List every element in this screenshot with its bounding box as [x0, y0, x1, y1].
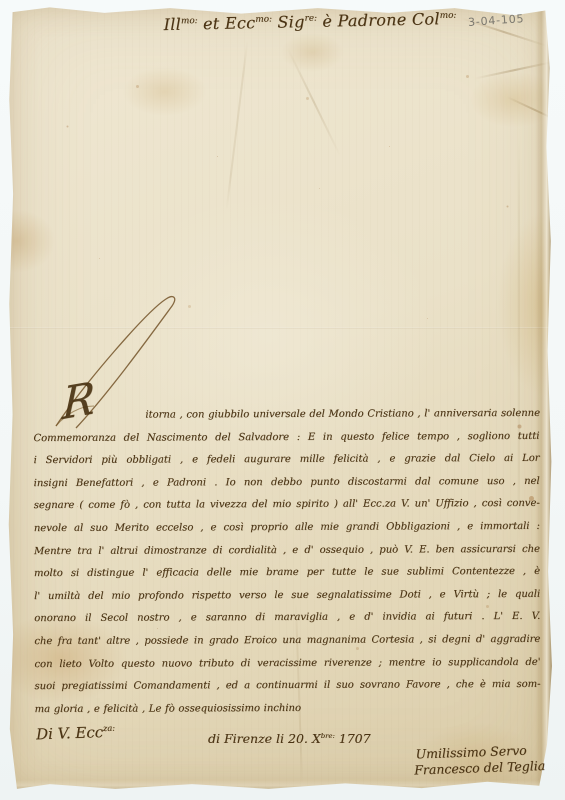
curled-bottom-edge [6, 780, 553, 792]
manuscript-line: che fra tant' altre , possiede in grado … [34, 629, 540, 654]
manuscript-line: onorano il Secol nostro , e saranno di m… [34, 606, 540, 631]
letter-body: itorna , con giubbilo universale del Mon… [33, 403, 540, 722]
manuscript-line: molto si distingue l' efficacia delle mi… [34, 561, 540, 586]
salutation-part: è Padrone Colmo: [317, 9, 457, 31]
manuscript-line: nevole al suo Merito eccelso , e così pr… [34, 516, 540, 541]
salutation-part: Sigre: [272, 12, 317, 32]
dateline: di Firenze li 20. Xbre: 1707 [208, 731, 371, 746]
manuscript-line: con lieto Volto questo nuovo tributo di … [34, 651, 540, 676]
manuscript-line: Mentre tra l' altrui dimostranze di cord… [34, 538, 540, 563]
manuscript-line: Commemoranza del Nascimento del Salvador… [33, 425, 539, 450]
salutation-part: Illmo: [163, 14, 197, 34]
manuscript-line: itorna , con giubbilo universale del Mon… [33, 403, 539, 428]
valediction: Di V. Eccza: [36, 723, 116, 744]
manuscript-line: insigni Benefattori , e Padroni . Io non… [34, 471, 540, 496]
scanned-letter-page: 3-04-105 Illmo: et Eccmo: Sigre: è Padro… [0, 0, 565, 800]
manuscript-line: suoi pregiatissimi Comandamenti , ed a c… [34, 674, 540, 699]
manuscript-line: ma gloria , e felicità , Le fò ossequios… [35, 697, 541, 722]
manuscript-line: segnare ( come fò , con tutta la vivezza… [34, 493, 540, 518]
manuscript-line: i Servidori più obbligati , e fedeli aug… [34, 448, 540, 473]
salutation-part: et Eccmo: [197, 13, 272, 34]
manuscript-line: l' umiltà del mio profondo rispetto vers… [34, 584, 540, 609]
foxing-spots [6, 5, 9, 8]
